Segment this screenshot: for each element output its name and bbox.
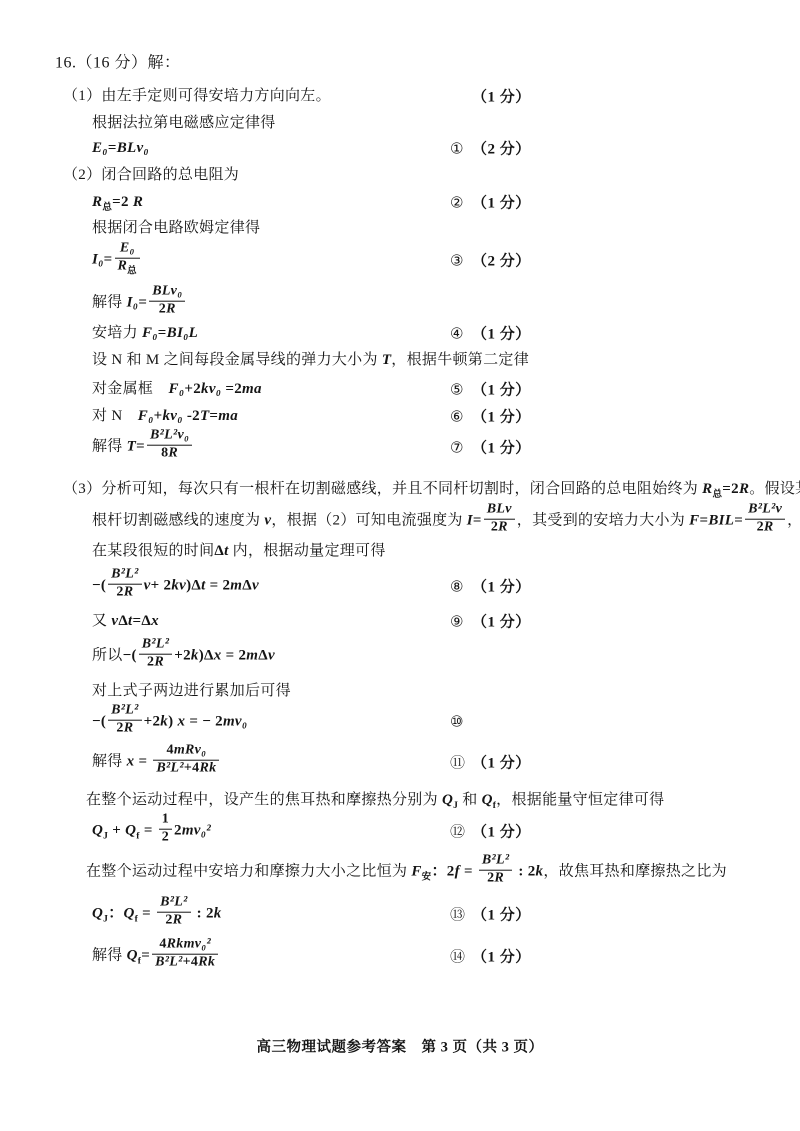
math-variable: BLv <box>487 502 512 517</box>
circled-number: ⑧ <box>450 578 472 596</box>
solution-line: 根据法拉第电磁感应定律得 <box>92 114 276 132</box>
math-variable: E₀ <box>92 140 108 156</box>
fraction-numerator: E₀ <box>115 241 140 259</box>
math-variable: x <box>151 613 159 629</box>
fraction-denominator: 2R <box>157 913 190 930</box>
math-operator: + 2 <box>151 577 172 593</box>
math-variable: R <box>739 481 749 497</box>
solution-step: R总=2 R <box>92 193 143 211</box>
math-operator: −( <box>123 647 137 663</box>
text-run: 和 <box>458 792 481 808</box>
text-run: 安培力 <box>92 325 142 341</box>
math-variable: T <box>127 438 136 454</box>
math-variable: R <box>118 259 128 274</box>
text-run: ，其受到的安培力大小为 <box>517 512 689 528</box>
solution-step: 解得 T=B²L²v₀8R <box>92 430 194 465</box>
math-variable: v <box>144 577 151 593</box>
fraction-numerator: BLv <box>484 502 515 520</box>
math-variable: R <box>173 913 183 928</box>
math-operator: +2 <box>144 713 161 729</box>
fraction: 4Rkmv₀²B²L²+4Rk <box>152 937 218 972</box>
fraction: B²L²v2R <box>745 502 785 537</box>
math-variable: Q <box>124 905 135 921</box>
score-mark: ④（1 分） <box>450 323 531 344</box>
math-variable: R <box>498 520 508 535</box>
math-operator: = − 2 <box>185 713 223 729</box>
math-operator: =2 <box>112 194 133 210</box>
score-mark: ⑭（1 分） <box>450 946 531 967</box>
text-run: 设 N 和 M 之间每段金属导线的弹力大小为 <box>92 352 382 368</box>
fraction: B²L²2R <box>108 567 141 602</box>
score-mark: ⑩ <box>450 713 472 732</box>
score-text: （1 分） <box>472 908 531 924</box>
solution-step: I₀=E₀R总 <box>92 243 142 278</box>
math-variable: k <box>191 647 199 663</box>
score-text: （1 分） <box>472 327 531 343</box>
math-variable: F <box>411 863 421 879</box>
problem-heading: 16.（16 分）解： <box>55 53 181 72</box>
solution-line: 所以−(B²L²2R+2k)Δx = 2mΔv <box>92 639 275 674</box>
math-operator: = <box>138 905 155 921</box>
math-operator: +2 <box>174 647 191 663</box>
math-variable: Q <box>442 792 453 808</box>
math-operator: = <box>134 753 151 769</box>
math-variable: k <box>160 713 168 729</box>
solution-step: （1）由左手定则可得安培力方向向左。 <box>63 87 331 105</box>
math-variable: I₀ <box>92 251 104 267</box>
math-variable: Q <box>127 947 138 963</box>
math-variable: R <box>702 481 712 497</box>
score-mark: ⑥（1 分） <box>450 406 531 427</box>
math-operator: : 2 <box>514 863 535 879</box>
circled-number: ④ <box>450 325 472 343</box>
text-run: 所以 <box>92 647 123 663</box>
math-operator: 4 <box>159 937 166 952</box>
solution-step: −(B²L²2R+2k) x = − 2mv₀ <box>92 705 247 740</box>
text-run: （1）由左手定则可得安培力方向向左。 <box>63 88 331 104</box>
fraction-denominator: 2R <box>484 520 515 537</box>
math-operator: = <box>473 512 482 528</box>
circled-number: ⑪ <box>450 752 472 773</box>
math-operator: = <box>209 408 218 424</box>
circled-number: ① <box>450 140 472 158</box>
math-variable: B²L² <box>142 637 169 652</box>
math-variable: B²L²v <box>748 502 782 517</box>
text-run: 对 N <box>92 408 138 424</box>
solution-line: 根杆切割磁感线的速度为 v，根据（2）可知电流强度为 I=BLv2R，其受到的安… <box>92 504 800 539</box>
math-operator: = 2 <box>206 577 231 593</box>
score-text: （1 分） <box>472 825 531 841</box>
math-variable: BIL <box>708 512 734 528</box>
math-variable: m <box>230 577 242 593</box>
text-run: 在整个运动过程中，设产生的焦耳热和摩擦热分别为 <box>86 792 442 808</box>
math-variable: E₀ <box>120 241 135 256</box>
math-variable: kv₀ <box>163 408 183 424</box>
score-mark: ⑦（1 分） <box>450 437 531 458</box>
text-run: ，故焦耳热和摩擦热之比为 <box>543 863 727 879</box>
fraction-numerator: 4mRv₀ <box>153 743 219 761</box>
score-text: （1 分） <box>472 950 531 966</box>
math-variable: BI₀L <box>167 325 198 341</box>
math-variable: F <box>689 512 699 528</box>
fraction-denominator: 2R <box>139 655 172 672</box>
math-variable: T <box>382 352 391 368</box>
circled-number: ⑩ <box>450 713 472 731</box>
math-variable: x <box>214 647 222 663</box>
fraction: 4mRv₀B²L²+4Rk <box>153 743 219 778</box>
circled-number: ⑭ <box>450 946 472 967</box>
math-operator: +2 <box>184 381 201 397</box>
math-variable: Rkmv₀² <box>167 937 211 952</box>
math-operator: +4 <box>183 955 199 970</box>
math-operator: +4 <box>184 761 200 776</box>
fraction: E₀R总 <box>115 241 140 276</box>
fraction: 12 <box>159 812 172 847</box>
fraction-denominator: B²L²+4Rk <box>152 955 218 972</box>
solution-line: 根据闭合电路欧姆定律得 <box>92 219 260 237</box>
math-variable: BLv₀ <box>152 284 182 299</box>
solution-line: 解得 I₀=BLv₀2R <box>92 286 187 321</box>
math-operator: ：2 <box>431 863 454 879</box>
solution-step: 解得 x = 4mRv₀B²L²+4Rk <box>92 745 221 780</box>
score-text: （1 分） <box>472 410 531 426</box>
solution-line: 在整个运动过程中，设产生的焦耳热和摩擦热分别为 QJ 和 Qf，根据能量守恒定律… <box>86 791 664 809</box>
fraction-denominator: 2R <box>108 585 141 602</box>
math-variable: mv₀ <box>223 713 247 729</box>
fraction: B²L²2R <box>479 853 512 888</box>
math-variable: Q <box>125 822 136 838</box>
solution-step: QJ + Qf = 122mv₀² <box>92 814 211 849</box>
math-variable: Q <box>482 792 493 808</box>
math-variable: k <box>214 905 222 921</box>
circled-number: ⑨ <box>450 613 472 631</box>
math-operator: Δ <box>258 647 268 663</box>
math-variable: kv₀ <box>201 381 221 397</box>
solution-step: 对 N F₀+kv₀ -2T=ma <box>92 407 238 425</box>
math-variable: ma <box>242 381 262 397</box>
math-operator: = <box>460 863 477 879</box>
solution-step: −(B²L²2Rv+ 2kv)Δt = 2mΔv <box>92 569 259 604</box>
score-mark: ⑨（1 分） <box>450 611 531 632</box>
math-operator: + <box>108 822 125 838</box>
solution-step: 解得 Qf=4Rkmv₀²B²L²+4Rk <box>92 939 220 974</box>
text-run: 。假设某 <box>749 481 800 497</box>
fraction-numerator: 4Rkmv₀² <box>152 937 218 955</box>
math-operator: = <box>158 325 167 341</box>
solution-line: 在整个运动过程中安培力和摩擦力大小之比恒为 F安：2f = B²L²2R : 2… <box>86 855 727 890</box>
solution-line: （3）分析可知，每次只有一根杆在切割磁感线，并且不同杆切割时，闭合回路的总电阻始… <box>63 480 800 498</box>
math-operator: = <box>136 438 145 454</box>
text-run: 解得 <box>92 947 127 963</box>
math-variable: Q <box>92 905 103 921</box>
solution-line: 对上式子两边进行累加后可得 <box>92 682 291 700</box>
math-variable: B²L² <box>111 567 138 582</box>
solution-step: QJ：Qf = B²L²2R : 2k <box>92 897 222 932</box>
text-run: ，根据能量守恒定律可得 <box>496 792 664 808</box>
math-variable: v <box>252 577 259 593</box>
fraction-denominator: 2R <box>149 302 185 319</box>
math-operator: = <box>108 140 117 156</box>
text-run: ，根据（2）可知电流强度为 <box>271 512 466 528</box>
solution-step: 又 vΔt=Δx <box>92 612 159 630</box>
math-operator: = <box>104 251 113 267</box>
text-run: 根杆切割磁感线的速度为 <box>92 512 264 528</box>
solution-line: 在某段很短的时间Δt 内，根据动量定理可得 <box>92 542 386 560</box>
math-variable: B²L² <box>111 703 138 718</box>
text-run: 在整个运动过程中安培力和摩擦力大小之比恒为 <box>86 863 411 879</box>
math-variable: R <box>166 302 176 317</box>
text-run: 解得 <box>92 294 127 310</box>
math-operator: −( <box>92 577 106 593</box>
math-variable: F₀ <box>138 408 154 424</box>
math-variable: BLv₀ <box>117 140 149 156</box>
math-variable: m <box>246 647 258 663</box>
score-mark: ①（2 分） <box>450 138 531 159</box>
score-mark: ③（2 分） <box>450 250 531 271</box>
math-operator: = <box>734 512 743 528</box>
exam-answer-page: 高三物理试题参考答案 第 3 页（共 3 页） 16.（16 分）解：（1）由左… <box>0 0 800 1131</box>
math-operator: Δ <box>242 577 252 593</box>
text-run: 16.（16 分）解： <box>55 54 181 71</box>
math-variable: ma <box>218 408 238 424</box>
text-run: 解得 <box>92 438 127 454</box>
text-run: 对金属框 <box>92 381 169 397</box>
circled-number: ⑫ <box>450 821 472 842</box>
circled-number: ③ <box>450 252 472 270</box>
fraction-numerator: B²L²v <box>745 502 785 520</box>
math-operator: -2 <box>183 408 200 424</box>
math-variable: F₀ <box>142 325 158 341</box>
math-operator: Δ <box>214 543 224 559</box>
solution-step: 对金属框 F₀+2kv₀ =2ma <box>92 380 262 398</box>
math-variable: R <box>124 721 134 736</box>
fraction: B²L²v₀8R <box>147 428 192 463</box>
score-text: （1 分） <box>472 580 531 596</box>
math-operator: 2 <box>174 822 182 838</box>
score-mark: ⑫（1 分） <box>450 821 531 842</box>
math-variable: v <box>268 647 275 663</box>
math-operator: 2 <box>116 721 123 736</box>
score-text: （2 分） <box>472 142 531 158</box>
score-text: （2 分） <box>472 254 531 270</box>
score-mark: ⑧（1 分） <box>450 576 531 597</box>
math-variable: R <box>133 194 143 210</box>
fraction: BLv2R <box>484 502 515 537</box>
fraction-denominator: 2R <box>108 721 141 738</box>
math-operator: −( <box>92 713 106 729</box>
score-text: （1 分） <box>472 615 531 631</box>
math-operator: 2 <box>147 655 154 670</box>
text-run: （3）分析可知，每次只有一根杆在切割磁感线，并且不同杆切割时，闭合回路的总电阻始… <box>63 481 702 497</box>
score-text: （1 分） <box>472 441 531 457</box>
math-variable: B²L²v₀ <box>150 428 189 443</box>
fraction-denominator: 2R <box>745 520 785 537</box>
math-variable: T <box>200 408 209 424</box>
fraction: B²L²2R <box>108 703 141 738</box>
math-operator: 2 <box>159 302 166 317</box>
text-run: ，根据牛顿第二定律 <box>391 352 529 368</box>
score-mark: ⑪（1 分） <box>450 752 531 773</box>
subscript: 安 <box>422 872 432 882</box>
circled-number: ⑤ <box>450 381 472 399</box>
fraction-denominator: R总 <box>115 259 140 276</box>
fraction-denominator: 2 <box>159 830 172 847</box>
math-operator: 2 <box>116 585 123 600</box>
math-variable: R <box>764 520 774 535</box>
math-variable: R <box>92 194 102 210</box>
math-variable: B²L² <box>160 895 187 910</box>
math-variable: mv₀² <box>182 822 211 838</box>
math-operator: 2 <box>487 871 494 886</box>
math-operator: =2 <box>221 381 242 397</box>
math-variable: Rk <box>198 955 215 970</box>
text-run: 内，根据动量定理可得 <box>229 543 386 559</box>
math-operator: )Δ <box>199 647 214 663</box>
fraction-numerator: B²L²v₀ <box>147 428 192 446</box>
solution-step: E₀=BLv₀ <box>92 139 149 157</box>
math-variable: Rk <box>199 761 216 776</box>
text-run: 解得 <box>92 753 127 769</box>
circled-number: ⑦ <box>450 439 472 457</box>
math-operator: 1 <box>162 812 169 827</box>
fraction: B²L²2R <box>139 637 172 672</box>
text-run: 根据法拉第电磁感应定律得 <box>92 115 276 131</box>
fraction-numerator: B²L² <box>108 567 141 585</box>
fraction-numerator: B²L² <box>139 637 172 655</box>
score-text: （1 分） <box>472 90 531 106</box>
score-mark: ⑬（1 分） <box>450 904 531 925</box>
math-operator: 2 <box>757 520 764 535</box>
solution-step: 安培力 F₀=BI₀L <box>92 324 198 342</box>
math-variable: B²L² <box>155 955 182 970</box>
score-text: （1 分） <box>472 383 531 399</box>
math-variable: F₀ <box>169 381 185 397</box>
fraction-denominator: B²L²+4Rk <box>153 761 219 778</box>
fraction-denominator: 8R <box>147 446 192 463</box>
math-variable: B²L² <box>482 853 509 868</box>
solution-line: 设 N 和 M 之间每段金属导线的弹力大小为 T，根据牛顿第二定律 <box>92 351 529 369</box>
fraction: B²L²2R <box>157 895 190 930</box>
math-operator: Δ <box>118 613 128 629</box>
math-operator: = <box>141 947 150 963</box>
text-run: ，又 <box>787 512 800 528</box>
score-mark: ⑤（1 分） <box>450 379 531 400</box>
math-operator: = <box>699 512 708 528</box>
fraction-numerator: B²L² <box>108 703 141 721</box>
fraction-numerator: B²L² <box>479 853 512 871</box>
math-operator: )Δ <box>186 577 201 593</box>
circled-number: ② <box>450 194 472 212</box>
circled-number: ⑬ <box>450 904 472 925</box>
math-operator: 2 <box>165 913 172 928</box>
text-run: 根据闭合电路欧姆定律得 <box>92 220 260 236</box>
math-operator: = <box>140 822 157 838</box>
math-operator: =2 <box>722 481 739 497</box>
score-mark: （1 分） <box>450 86 531 107</box>
math-operator: = 2 <box>222 647 247 663</box>
fraction-numerator: B²L² <box>157 895 190 913</box>
text-run: 在某段很短的时间 <box>92 543 214 559</box>
math-operator: =Δ <box>133 613 152 629</box>
math-variable: R <box>154 655 164 670</box>
fraction-numerator: 1 <box>159 812 172 830</box>
subscript: 总 <box>127 267 137 277</box>
fraction-numerator: BLv₀ <box>149 284 185 302</box>
math-variable: R <box>124 585 134 600</box>
text-run: （2）闭合回路的总电阻为 <box>63 167 239 183</box>
math-operator: = <box>138 294 147 310</box>
subscript: 总 <box>712 490 722 500</box>
fraction-denominator: 2R <box>479 871 512 888</box>
math-variable: kv <box>171 577 186 593</box>
math-operator: 2 <box>162 830 169 845</box>
math-variable: Q <box>92 822 103 838</box>
math-variable: mRv₀ <box>174 743 207 758</box>
text-run: 对上式子两边进行累加后可得 <box>92 683 291 699</box>
math-operator: + <box>154 408 163 424</box>
solution-line: （2）闭合回路的总电阻为 <box>63 166 239 184</box>
fraction: BLv₀2R <box>149 284 185 319</box>
page-footer: 高三物理试题参考答案 第 3 页（共 3 页） <box>0 1036 800 1057</box>
subscript: 总 <box>102 203 112 213</box>
circled-number: ⑥ <box>450 408 472 426</box>
math-variable: R <box>168 446 178 461</box>
text-run: 又 <box>92 613 111 629</box>
math-variable: I₀ <box>127 294 139 310</box>
math-variable: B²L² <box>156 761 183 776</box>
score-mark: ②（1 分） <box>450 192 531 213</box>
math-variable: R <box>494 871 504 886</box>
math-operator: : 2 <box>193 905 214 921</box>
math-operator: ： <box>108 905 123 921</box>
score-text: （1 分） <box>472 196 531 212</box>
score-text: （1 分） <box>472 756 531 772</box>
